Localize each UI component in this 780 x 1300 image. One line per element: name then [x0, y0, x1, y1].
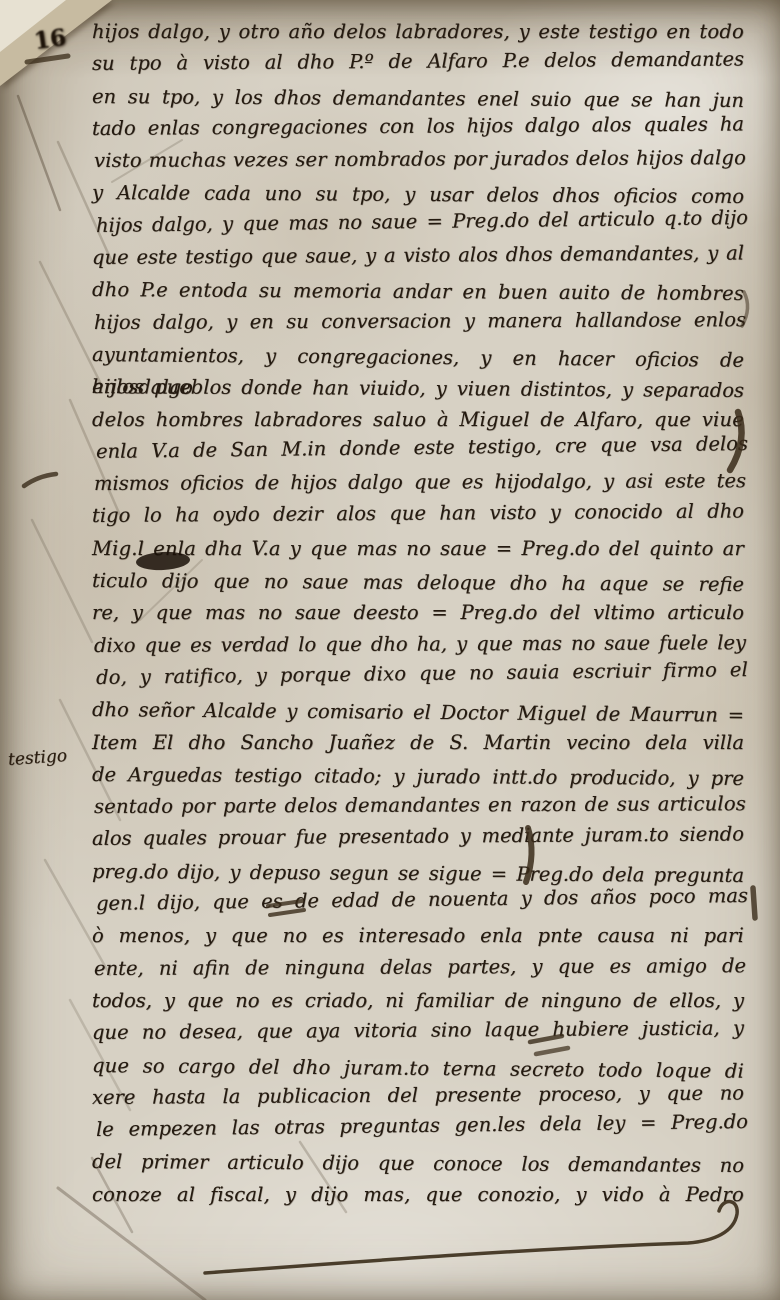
folio-number: 16: [32, 24, 67, 55]
manuscript-line: que este testigo que saue, y a visto alo…: [92, 238, 744, 275]
manuscript-line: dho señor Alcalde y comisario el Doctor …: [92, 694, 744, 732]
manuscript-line: Mig.l enla dha V.a y que mas no saue = P…: [92, 533, 744, 565]
manuscript-line: do, y ratifico, y porque dixo que no sau…: [96, 654, 748, 694]
manuscript-line: Item El dho Sancho Juañez de S. Martin v…: [92, 727, 744, 759]
manuscript-line: enlos pueblos donde han viuido, y viuen …: [92, 371, 744, 407]
manuscript-line: ticulo dijo que no saue mas deloque dho …: [92, 565, 744, 601]
manuscript-line: le empezen las otras preguntas gen.les d…: [96, 1106, 748, 1146]
manuscript-text: hijos dalgo, y otro año delos labradores…: [92, 16, 744, 1211]
manuscript-line: tado enlas congregaciones con los hijos …: [92, 108, 744, 145]
manuscript-line: gen.l dijo, que es de edad de nouenta y …: [96, 880, 748, 920]
margin-note-testigo: testigo: [7, 746, 67, 770]
manuscript-line: visto muchas vezes ser nombrados por jur…: [94, 142, 746, 177]
manuscript-line: hijos dalgo, y en su conversacion y mane…: [94, 304, 746, 339]
manuscript-line: re, y que mas no saue deesto = Preg.do d…: [92, 597, 744, 629]
manuscript-page: 16 testigo hijos dalgo, y otro año delos…: [0, 0, 780, 1300]
manuscript-line: conoze al fiscal, y dijo mas, que conozi…: [92, 1179, 744, 1211]
manuscript-line: alos quales prouar fue presentado y medi…: [92, 819, 744, 856]
manuscript-line: enla V.a de San M.in donde este testigo,…: [96, 428, 748, 468]
manuscript-line: hijos dalgo, y que mas no saue = Preg.do…: [96, 202, 748, 242]
manuscript-line: tigo lo ha oydo dezir alos que han visto…: [92, 496, 744, 533]
manuscript-line: su tpo à visto al dho P.º de Alfaro P.e …: [92, 44, 744, 81]
manuscript-line: ente, ni afin de ninguna delas partes, y…: [94, 950, 746, 985]
manuscript-line: que no desea, que aya vitoria sino laque…: [92, 1013, 744, 1050]
manuscript-line: ò menos, y que no es interesado enla pnt…: [92, 920, 744, 952]
manuscript-line: del primer articulo dijo que conoce los …: [92, 1146, 744, 1182]
